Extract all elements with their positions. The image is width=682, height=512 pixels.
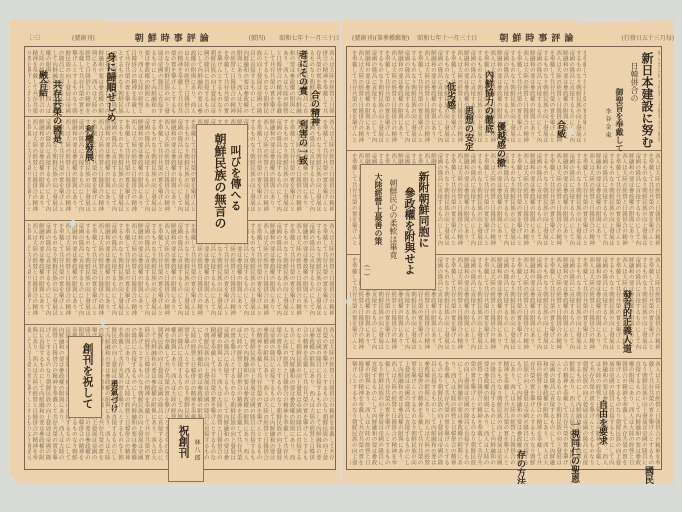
headline: 合威	[554, 120, 567, 138]
paper-hole	[568, 128, 574, 135]
author: 李 谷 金 東	[603, 108, 612, 138]
subheadline: 勇氣づけ	[110, 380, 121, 412]
publication-tag: (行發日五十三月每)	[621, 33, 674, 42]
subheadline: 御聖旨を奉戴して	[615, 88, 626, 152]
headline: 者にその責	[296, 50, 309, 95]
issue-info: (號創刊)(第參種郵便)	[352, 33, 409, 42]
left-page: 〔三〕 (號創刊) 朝鮮時事評論 (號四) 昭和七年十一月三十日 西人は大陸の經…	[10, 20, 340, 484]
article-body: 西人は大陸の經營と日韓併合の精神を奉戴して共存共榮の實を擧げんとするものなり朝鮮…	[28, 119, 334, 217]
headline: 祝創刊	[175, 425, 191, 458]
headline: 身に歸順せしめ	[102, 52, 117, 122]
headline: 存の方法	[514, 450, 527, 486]
article-body: 西人は大陸の經營と日韓併合の精神を奉戴して共存共榮の實を擧げんとするものなり朝鮮…	[28, 223, 334, 321]
feature-headline-box: 朝鮮民族の無言の 叫びを傳へる	[196, 124, 248, 244]
subheadline: 大陸經營上最善の策	[374, 173, 385, 245]
right-page: (號創刊)(第參種郵便) 昭和七年十一月三十日 朝鮮時事評論 (行發日五十三月每…	[342, 20, 674, 484]
headline: 思想の安定	[462, 106, 475, 151]
headline: 叫びを傳へる	[227, 145, 243, 211]
divider	[347, 358, 661, 359]
paper-hole	[70, 220, 76, 227]
masthead: 朝鮮時事評論	[499, 31, 577, 44]
headline: 新附朝鮮同胞に	[415, 171, 431, 248]
article-body: 西人は大陸の經營と日韓併合の精神を奉戴して共存共榮の實を擧げんとするものなり朝鮮…	[28, 50, 334, 114]
feature-headline-box: 祝創刊 林 八 郎	[168, 418, 204, 482]
right-page-header: (號創刊)(第參種郵便) 昭和七年十一月三十日 朝鮮時事評論 (行發日五十三月每…	[352, 30, 662, 44]
left-page-header: 〔三〕 (號創刊) 朝鮮時事評論 (號四) 昭和七年十一月三十日	[26, 30, 326, 44]
author: 林 八 郎	[192, 439, 201, 461]
part-marker: (一)	[362, 265, 371, 276]
article-body: 西人は大陸の經營と日韓併合の精神を奉戴して共存共榮の實を擧げんとするものなり朝鮮…	[350, 361, 660, 467]
main-headline: 新日本建設に努む	[639, 52, 656, 148]
main-article-header: 新日本建設に努む 日韓併合の 御聖旨を奉戴して 李 谷 金 東	[586, 48, 658, 148]
issue-number: (號四)	[249, 33, 266, 42]
feature-headline-box: 新附朝鮮同胞に 參政權を附與せよ 朝鮮民心の柔軟は畢竟 大陸經營上最善の策 (一…	[360, 164, 436, 290]
divider	[25, 324, 335, 325]
headline: 參政權を附與せよ	[401, 187, 417, 275]
headline: 自由を要求	[596, 400, 609, 445]
page-number: 〔三〕	[26, 33, 44, 42]
date: 昭和七年十一月三十日	[417, 33, 477, 42]
headline: 優越感の撤	[494, 122, 507, 167]
paper-hole	[346, 298, 352, 305]
headline: 合の精神	[308, 90, 321, 126]
headline: 一視同仁の聖恩	[568, 420, 581, 483]
headline: 創刊を祝して	[79, 343, 95, 409]
headline: 利權發展	[82, 125, 95, 161]
subheadline: 朝鮮民心の柔軟は畢竟	[388, 179, 399, 259]
headline: 發言的正義人道	[620, 290, 633, 353]
date: 昭和七年十一月三十日	[279, 33, 339, 42]
subheadline: 日韓併合の	[629, 62, 640, 102]
feature-headline-box: 創刊を祝して	[68, 336, 102, 418]
paper-hole	[100, 318, 106, 325]
headline: 共存共榮の國是	[50, 80, 63, 143]
headline: 低劣感	[444, 82, 457, 109]
masthead: 朝鮮時事評論	[135, 31, 213, 44]
headline: 利害の一致	[296, 120, 309, 165]
section-label: (號創刊)	[72, 33, 95, 42]
headline: 國民的	[642, 466, 655, 493]
divider	[25, 116, 335, 117]
headline: 融合結	[36, 70, 49, 97]
